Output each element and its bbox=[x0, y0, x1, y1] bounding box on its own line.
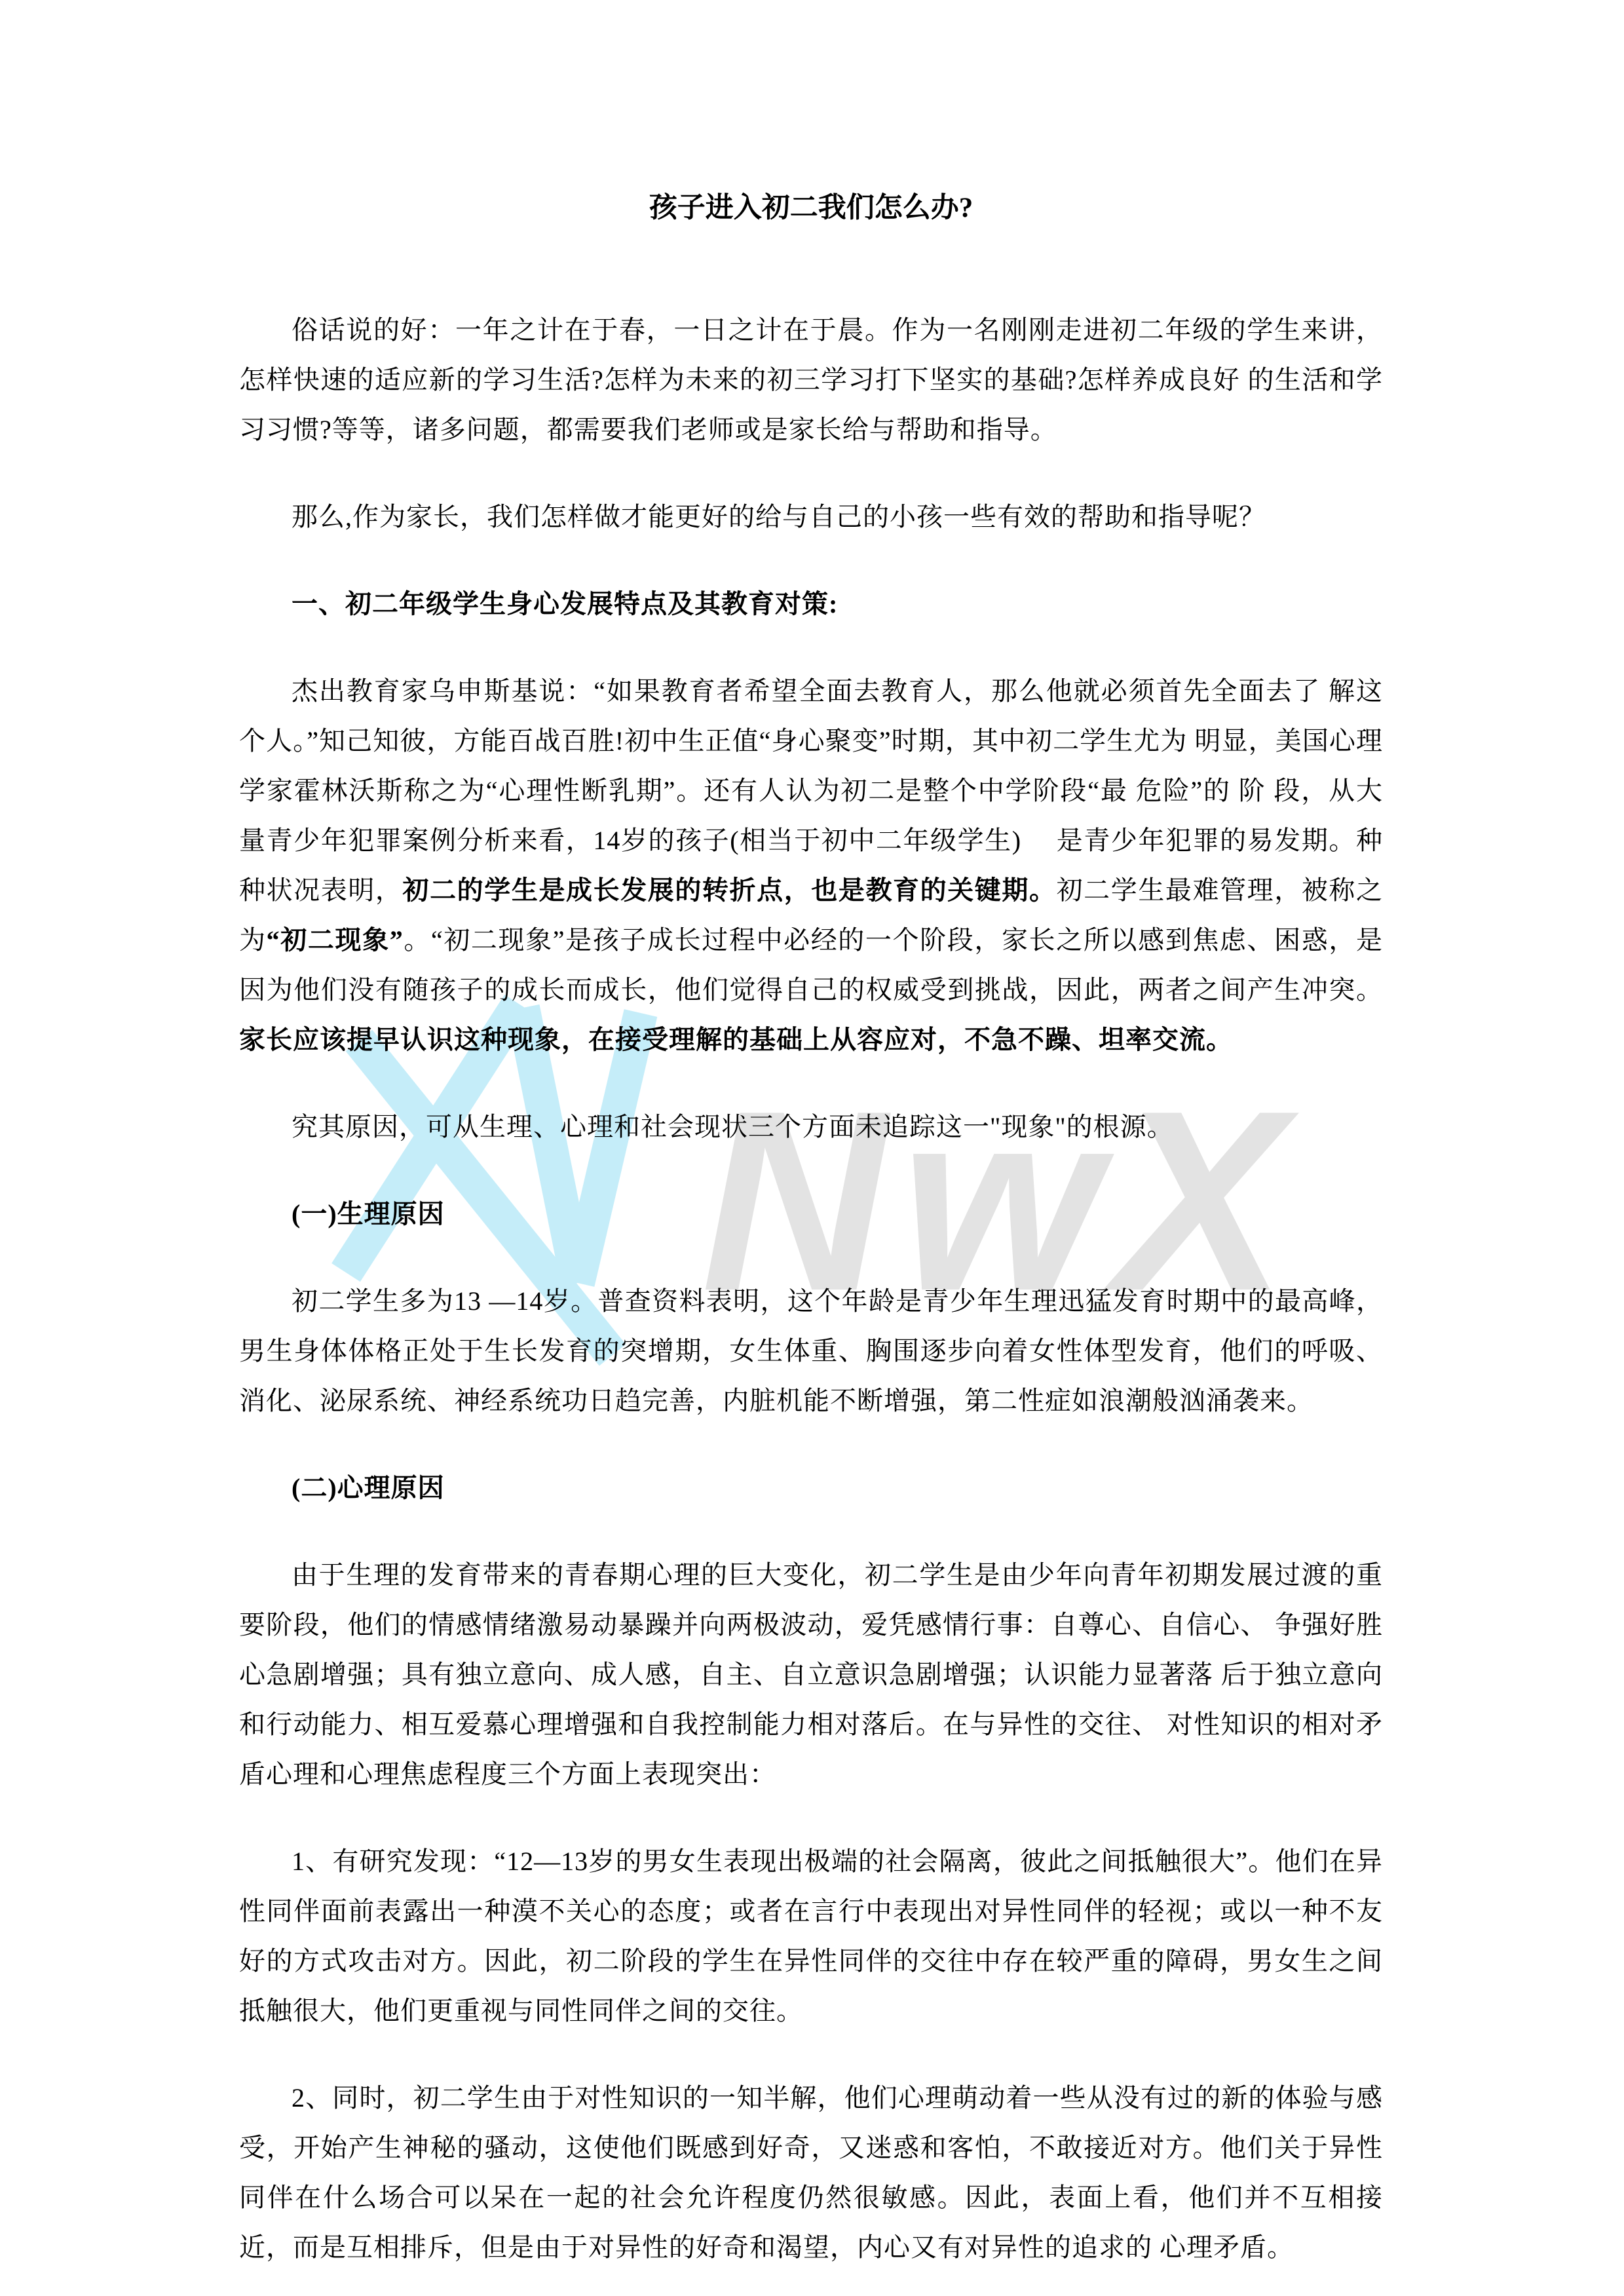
section-heading: 一、初二年级学生身心发展特点及其教育对策: bbox=[239, 579, 1383, 629]
section-heading: (二)心理原因 bbox=[239, 1463, 1383, 1513]
text-run: 。“初二现象”是孩子成长过程中必经的一个阶段，家长之所以感到焦虑、困惑，是因为他… bbox=[239, 925, 1383, 1004]
text-run: 家长应该提早认识这种现象，在接受理解的基础上从容应对，不急不躁、坦率交流。 bbox=[239, 1025, 1233, 1054]
paragraph: 由于生理的发育带来的青春期心理的巨大变化，初二学生是由少年向青年初期发展过渡的重… bbox=[239, 1550, 1383, 1799]
text-run: 杰出教育家乌申斯基说：“如果教育者希望全面去教育人，那么他就必须首先全面去了 解… bbox=[239, 676, 1383, 905]
text-run: 1、有研究发现：“12—13岁的男女生表现出极端的社会隔离，彼此之间抵触很大”。… bbox=[239, 1846, 1383, 2025]
text-run: 俗话说的好：一年之计在于春，一日之计在于晨。作为一名刚刚走进初二年级的学生来讲，… bbox=[239, 315, 1383, 444]
text-run: 初二学生多为13 —14岁。普查资料表明，这个年龄是青少年生理迅猛发育时期中的最… bbox=[239, 1286, 1383, 1415]
text-run: “初二现象” bbox=[267, 925, 404, 955]
paragraph: 2、同时，初二学生由于对性知识的一知半解，他们心理萌动着一些从没有过的新的体验与… bbox=[239, 2073, 1383, 2272]
text-run: 2、同时，初二学生由于对性知识的一知半解，他们心理萌动着一些从没有过的新的体验与… bbox=[239, 2083, 1383, 2262]
paragraph: 那么,作为家长，我们怎样做才能更好的给与自己的小孩一些有效的帮助和指导呢？ bbox=[239, 492, 1383, 542]
paragraph: 俗话说的好：一年之计在于春，一日之计在于晨。作为一名刚刚走进初二年级的学生来讲，… bbox=[239, 305, 1383, 455]
document-body: 俗话说的好：一年之计在于春，一日之计在于晨。作为一名刚刚走进初二年级的学生来讲，… bbox=[239, 305, 1383, 2272]
document-content: 孩子进入初二我们怎么办? 俗话说的好：一年之计在于春，一日之计在于晨。作为一名刚… bbox=[0, 0, 1624, 2272]
text-run: 那么,作为家长，我们怎样做才能更好的给与自己的小孩一些有效的帮助和指导呢？ bbox=[292, 502, 1266, 531]
text-run: 一、初二年级学生身心发展特点及其教育对策: bbox=[292, 589, 838, 619]
document-page: NwX 孩子进入初二我们怎么办? 俗话说的好：一年之计在于春，一日之计在于晨。作… bbox=[0, 0, 1624, 2296]
paragraph: 初二学生多为13 —14岁。普查资料表明，这个年龄是青少年生理迅猛发育时期中的最… bbox=[239, 1276, 1383, 1426]
text-run: 初二的学生是成长发展的转折点，也是教育的关键期。 bbox=[403, 875, 1057, 905]
text-run: 究其原因，可从生理、心理和社会现状三个方面未追踪这一"现象"的根源。 bbox=[292, 1112, 1174, 1141]
text-run: (一)生理原因 bbox=[292, 1199, 445, 1229]
section-heading: (一)生理原因 bbox=[239, 1189, 1383, 1239]
paragraph: 究其原因，可从生理、心理和社会现状三个方面未追踪这一"现象"的根源。 bbox=[239, 1102, 1383, 1152]
text-run: (二)心理原因 bbox=[292, 1473, 445, 1502]
text-run: 由于生理的发育带来的青春期心理的巨大变化，初二学生是由少年向青年初期发展过渡的重… bbox=[239, 1560, 1383, 1789]
document-title: 孩子进入初二我们怎么办? bbox=[239, 189, 1383, 228]
paragraph: 1、有研究发现：“12—13岁的男女生表现出极端的社会隔离，彼此之间抵触很大”。… bbox=[239, 1837, 1383, 2036]
paragraph: 杰出教育家乌申斯基说：“如果教育者希望全面去教育人，那么他就必须首先全面去了 解… bbox=[239, 666, 1383, 1065]
